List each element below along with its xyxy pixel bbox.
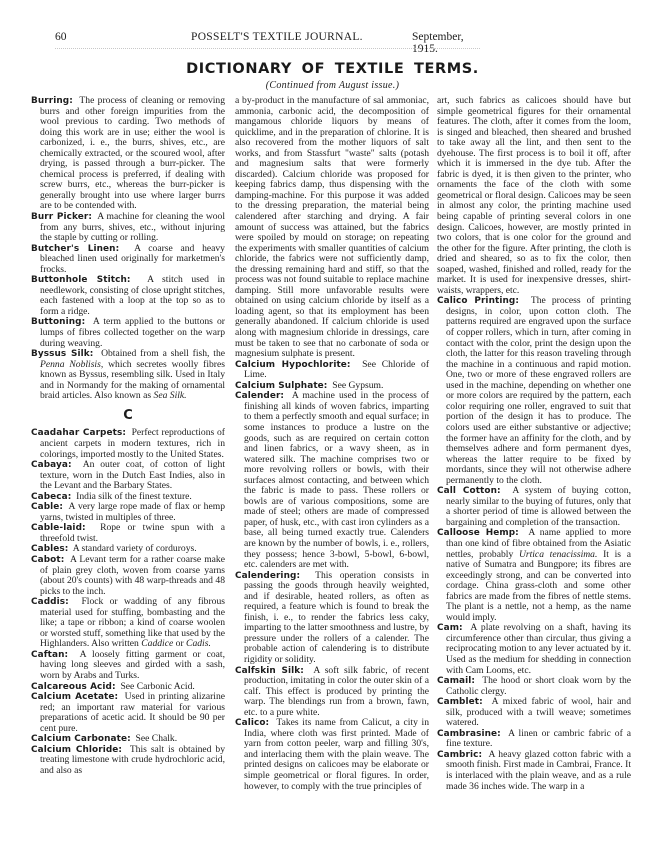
entry-italic: Caddice [141, 638, 173, 649]
entry-term: Cabeca: [31, 492, 71, 502]
entry-term: Caadahar Carpets: [31, 428, 126, 438]
entry-text: It is a native of Sumatra and Bungpore; … [446, 549, 631, 623]
entry-term: Caftan: [31, 650, 68, 660]
page-number: 60 [55, 31, 67, 43]
article-subtitle: (Continued from August issue.) [0, 80, 665, 91]
entry-text: A Levant term for a rather coarse make o… [40, 554, 225, 597]
entry-text: or [173, 638, 186, 649]
entry-text: The process of cleaning or removing burr… [40, 95, 225, 211]
entry-term: Calico: [235, 718, 269, 728]
dictionary-entry: Byssus Silk: Obtained from a shell fish,… [31, 349, 225, 402]
dictionary-entry: Cable-laid: Rope or twine spun with a th… [31, 523, 225, 544]
dictionary-entry: Buttoning: A term applied to the buttons… [31, 317, 225, 349]
dictionary-entry: Calico Printing: The process of printing… [437, 296, 631, 486]
entry-text: A machine used in the process of finishi… [244, 390, 429, 570]
entry-text: Takes its name from Calicut, a city in I… [244, 717, 429, 791]
entry-term: Cambric: [437, 750, 482, 760]
dictionary-entry: Caftan: A loosely fitting garment or coa… [31, 650, 225, 682]
dictionary-entry: Call Cotton: A system of buying cotton, … [437, 486, 631, 528]
dictionary-entry: Cabot: A Levant term for a rather coarse… [31, 555, 225, 597]
article-title: DICTIONARY OF TEXTILE TERMS. [0, 61, 665, 77]
dictionary-entry: Cable: A very large rope made of flax or… [31, 502, 225, 523]
entry-term: Cabaya: [31, 460, 72, 470]
entry-text: Obtained from a shell fish, the [101, 348, 225, 359]
entry-text: The process of printing designs, in colo… [446, 295, 631, 485]
dictionary-entry: Buttonhole Stitch: A stitch used in need… [31, 275, 225, 317]
dictionary-entry: Calender: A machine used in the process … [235, 391, 429, 570]
dictionary-entry: Caddis: Flock or wadding of any fibrous … [31, 597, 225, 650]
dictionary-entry: Cam: A plate revolving on a shaft, havin… [437, 623, 631, 676]
dictionary-entry: Calfskin Silk: A soft silk fabric, of re… [235, 666, 429, 719]
dictionary-entry: Burr Picker: A machine for cleaning the … [31, 212, 225, 244]
entry-text: A plate revolving on a shaft, having its… [446, 622, 631, 675]
entry-text: A loosely fitting garment or coat, havin… [40, 649, 225, 681]
entry-term: Calloose Hemp: [437, 528, 519, 538]
entry-italic: Sea Silk. [154, 390, 187, 401]
entry-text: See Chalk. [136, 733, 178, 744]
entry-term: Cam: [437, 623, 463, 633]
header-rule [55, 48, 480, 49]
dictionary-entry: Calendering: This operation consists in … [235, 571, 429, 666]
entry-term: Byssus Silk: [31, 349, 93, 359]
entry-text: This operation consists in passing the g… [244, 570, 429, 665]
entry-term: Calico Printing: [437, 296, 519, 306]
dictionary-entry: Calcium Chloride: This salt is obtained … [31, 745, 225, 777]
entry-text: See Gypsum. [332, 380, 383, 391]
entry-term: Camblet: [437, 697, 483, 707]
entry-term: Cable-laid: [31, 523, 86, 533]
entry-italic: Urtica tenacissima. [519, 549, 597, 560]
entry-continuation: a by-product in the manufacture of sal a… [235, 96, 429, 360]
entry-term: Cable: [31, 502, 63, 512]
dictionary-entry: Calico: Takes its name from Calicut, a c… [235, 718, 429, 792]
entry-term: Cambrasine: [437, 729, 501, 739]
entry-term: Buttoning: [31, 317, 85, 327]
running-header: 60 POSSELT'S TEXTILE JOURNAL. September,… [55, 31, 480, 47]
entry-text: A very large rope made of flax or hemp y… [40, 501, 225, 523]
entry-italic: Cadis. [186, 638, 211, 649]
column-1: Burring: The process of cleaning or remo… [31, 96, 225, 776]
entry-term: Calfskin Silk: [235, 666, 304, 676]
entry-term: Burring: [31, 96, 73, 106]
entry-term: Buttonhole Stitch: [31, 275, 131, 285]
dictionary-entry: Cambrasine: A linen or cambric fabric of… [437, 729, 631, 750]
entry-term: Calender: [235, 391, 284, 401]
entry-term: Calcium Sulphate: [235, 381, 327, 391]
issue-date: September, 1915. [412, 31, 480, 55]
entry-continuation: art, such fabrics as calicoes should hav… [437, 96, 631, 296]
dictionary-entry: Cambric: A heavy glazed cotton fabric wi… [437, 750, 631, 792]
dictionary-entry: Cabaya: An outer coat, of cotton of ligh… [31, 460, 225, 492]
dictionary-entry: Burring: The process of cleaning or remo… [31, 96, 225, 212]
entry-term: Burr Picker: [31, 212, 92, 222]
entry-term: Cables: [31, 544, 68, 554]
entry-term: Calcium Hypochlorite: [235, 360, 351, 370]
dictionary-entry: Camblet: A mixed fabric of wool, hair an… [437, 697, 631, 729]
journal-title: POSSELT'S TEXTILE JOURNAL. [191, 31, 363, 43]
dictionary-entry: Calcium Acetate: Used in printing alizar… [31, 692, 225, 734]
entry-text: A standard variety of corduroys. [73, 543, 197, 554]
entry-text: India silk of the finest texture. [76, 491, 192, 502]
dictionary-entry: Butcher's Linen: A coarse and heavy blea… [31, 244, 225, 276]
entry-term: Call Cotton: [437, 486, 501, 496]
entry-term: Calcium Carbonate: [31, 734, 131, 744]
entry-italic: Penna Noblisis, [40, 359, 103, 370]
entry-term: Calcium Chloride: [31, 745, 122, 755]
column-3: art, such fabrics as calicoes should hav… [437, 96, 631, 792]
entry-term: Caddis: [31, 597, 69, 607]
entry-term: Calcareous Acid: [31, 682, 116, 692]
dictionary-entry: Caadahar Carpets: Perfect reproductions … [31, 428, 225, 460]
dictionary-entry: Calloose Hemp: A name applied to more th… [437, 528, 631, 623]
dictionary-entry: Calcium Hypochlorite: See Chloride of Li… [235, 360, 429, 381]
column-2: a by-product in the manufacture of sal a… [235, 96, 429, 792]
entry-term: Cabot: [31, 555, 64, 565]
entry-text: See Carbonic Acid. [120, 681, 194, 692]
section-letter: C [31, 411, 225, 422]
entry-term: Camail: [437, 676, 475, 686]
entry-term: Butcher's Linen: [31, 244, 119, 254]
entry-term: Calendering: [235, 571, 300, 581]
dictionary-entry: Camail: The hood or short cloak worn by … [437, 676, 631, 697]
entry-term: Calcium Acetate: [31, 692, 118, 702]
